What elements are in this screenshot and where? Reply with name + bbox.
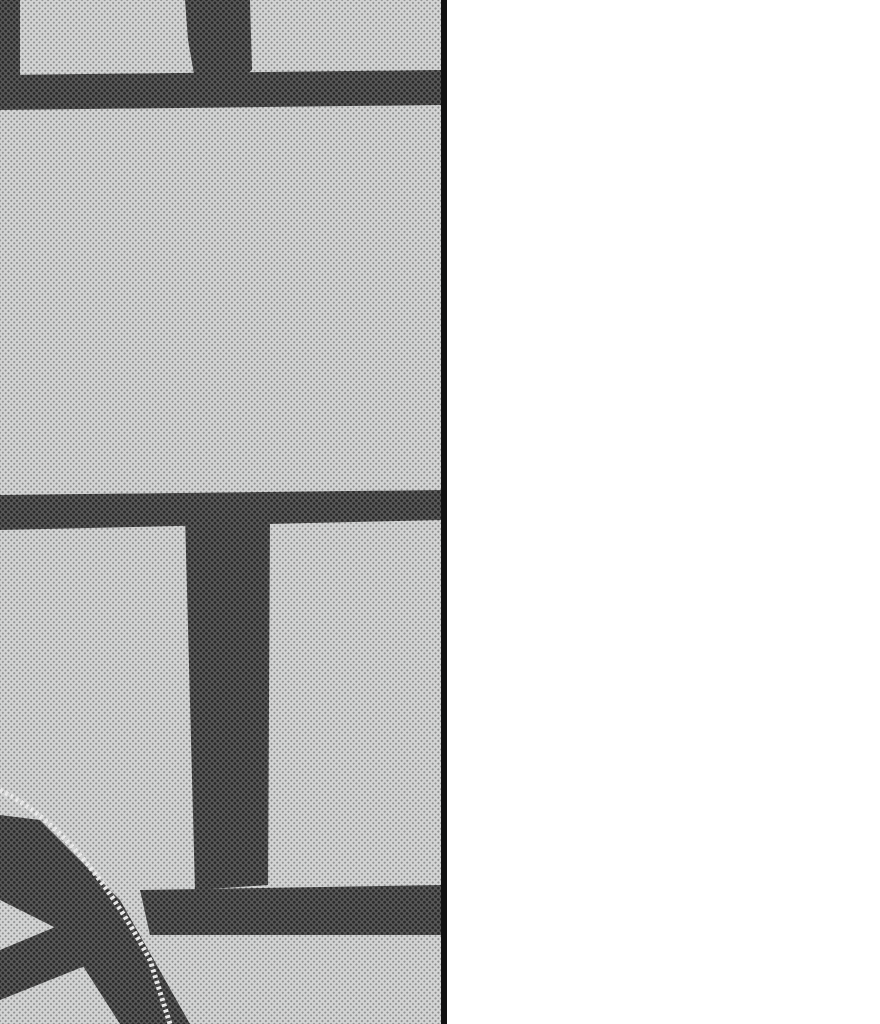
brick-wall-illustration — [0, 0, 442, 1024]
photo-border-line — [441, 0, 447, 1024]
blank-page-area — [448, 0, 880, 1024]
brick-wall-photo — [0, 0, 442, 1024]
